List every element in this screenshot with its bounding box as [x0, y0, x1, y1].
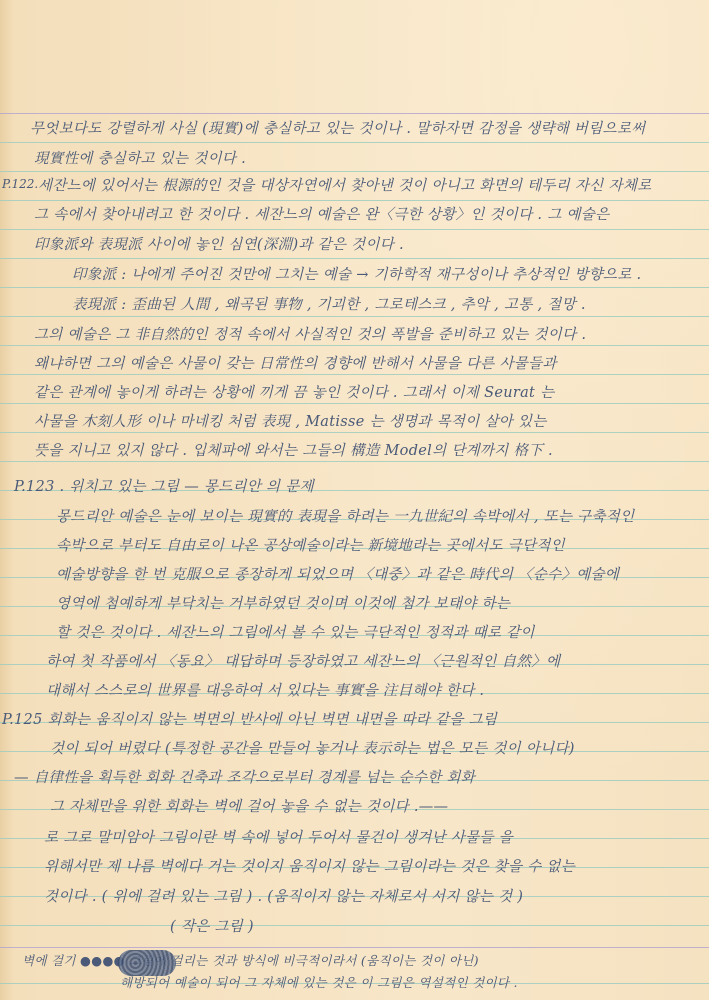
text-line: 같은 관계에 놓이게 하려는 상황에 끼게 끔 놓인 것이다 . 그래서 이제 … — [34, 384, 554, 402]
text-line: P.125 회화는 움직이지 않는 벽면의 반사에 아닌 벽면 내면을 따라 같… — [2, 711, 497, 729]
ruled-line — [0, 316, 709, 317]
ruled-line — [0, 403, 709, 404]
text-line: 印象派 : 나에게 주어진 것만에 그치는 예술 → 기하학적 재구성이나 추상… — [72, 266, 641, 284]
text-line: — 自律性을 획득한 회화 건축과 조각으로부터 경계를 넘는 순수한 회화 — [14, 769, 475, 787]
text-line: 하여 첫 작품에서 〈동요〉 대답하며 등장하였고 세잔느의 〈근원적인 自然〉… — [46, 653, 560, 671]
text-line: 表現派 : 歪曲된 人間 , 왜곡된 事物 , 기괴한 , 그로테스크 , 추악… — [72, 296, 586, 314]
text-line: 그 속에서 찾아내려고 한 것이다 . 세잔느의 예술은 완〈극한 상황〉인 것… — [34, 206, 609, 224]
text-line: P.123 . 위치고 있는 그림 — 몽드리안 의 문제 — [14, 478, 314, 496]
text-line: 영역에 첨예하게 부닥치는 거부하였던 것이며 이것에 첨가 보태야 하는 — [56, 595, 510, 613]
text-line: 해방되어 예술이 되어 그 자체에 있는 것은 이 그림은 역설적인 것이다 . — [120, 974, 518, 992]
ruled-line — [0, 925, 709, 926]
ruled-line — [0, 432, 709, 433]
text-line: 왜냐하면 그의 예술은 사물이 갖는 日常性의 경향에 반해서 사물을 다른 사… — [34, 355, 557, 373]
text-line: 대해서 스스로의 世界를 대응하여 서 있다는 事實을 注目해야 한다 . — [46, 682, 484, 700]
text-line: ( 작은 그림 ) — [170, 918, 254, 936]
text-line: 것이다 . ( 위에 걸려 있는 그림 ) . (움직이지 않는 자체로서 서지… — [44, 888, 523, 906]
text-line: 그 자체만을 위한 회화는 벽에 걸어 놓을 수 없는 것이다 .—— — [50, 798, 448, 816]
text-line: 로 그로 말미암아 그림이란 벽 속에 넣어 두어서 물건이 생겨난 사물들 을 — [44, 829, 513, 847]
text-line: 무엇보다도 강렬하게 사실 (現實)에 충실하고 있는 것이나 . 말하자면 감… — [30, 120, 690, 138]
text-line: 그의 예술은 그 非自然的인 정적 속에서 사실적인 것의 폭발을 준비하고 있… — [34, 326, 586, 344]
ruled-line — [0, 461, 709, 462]
notebook-page: P.122. 무엇보다도 강렬하게 사실 (現實)에 충실하고 있는 것이나 .… — [0, 0, 709, 1000]
text-line: 벽에 걸기 ●●●● 그림에 걸리는 것과 방식에 비극적이라서 (움직이는 것… — [22, 952, 479, 970]
ruled-line — [0, 374, 709, 375]
ruled-line — [0, 258, 709, 259]
text-line: 할 것은 것이다 . 세잔느의 그림에서 볼 수 있는 극단적인 정적과 때로 … — [56, 624, 535, 642]
text-line: 것이 되어 버렸다 (특정한 공간을 만들어 놓거나 表示하는 법은 모든 것이… — [50, 740, 575, 758]
ruled-line — [0, 171, 709, 172]
text-line: 세잔느에 있어서는 根源的인 것을 대상자연에서 찾아낸 것이 아니고 화면의 … — [38, 177, 651, 195]
text-line: 뜻을 지니고 있지 않다 . 입체파에 와서는 그들의 構造 Model의 단계… — [34, 442, 553, 460]
ruled-line — [0, 200, 709, 201]
ruled-line — [0, 345, 709, 346]
text-line: 위해서만 제 나름 벽에다 거는 것이지 움직이지 않는 그림이라는 것은 찾을… — [44, 858, 575, 876]
text-line: 사물을 木刻人形 이나 마네킹 처럼 表現 , Matisse 는 생명과 목적… — [34, 413, 547, 431]
text-line: 印象派와 表現派 사이에 놓인 심연(深淵)과 같은 것이다 . — [34, 236, 404, 254]
ruled-line — [0, 229, 709, 230]
ink-scribble — [118, 950, 176, 976]
ruled-line — [0, 287, 709, 288]
text-line: 몽드리안 예술은 눈에 보이는 現實的 表現을 하려는 一九世紀의 속박에서 ,… — [56, 508, 634, 526]
ruled-line — [0, 142, 709, 143]
text-line: 예술방향을 한 번 克服으로 종장하게 되었으며 〈대중〉과 같은 時代의 〈순… — [56, 566, 619, 584]
margin-rule — [0, 947, 709, 948]
margin-rule — [0, 113, 709, 114]
page-ref-note: P.122. — [2, 177, 38, 191]
text-line: 現實性에 충실하고 있는 것이다 . — [34, 150, 246, 168]
text-line: 속박으로 부터도 自由로이 나온 공상예술이라는 新境地라는 곳에서도 극단적인 — [56, 537, 565, 555]
